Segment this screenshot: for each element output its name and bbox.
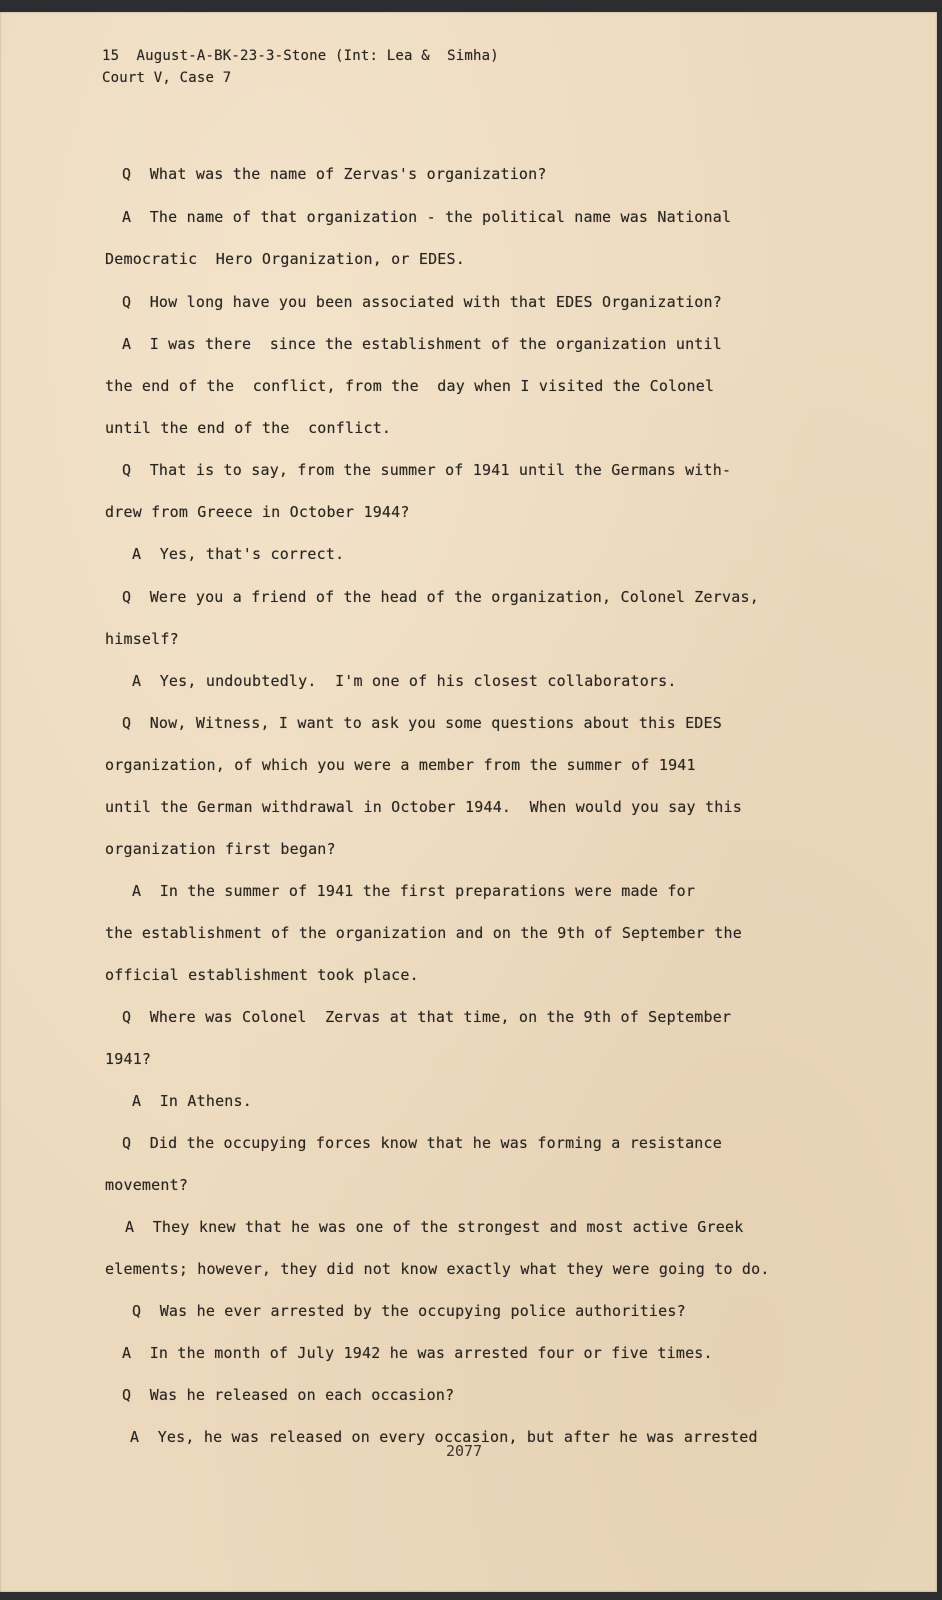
- transcript-line: Q That is to say, from the summer of 194…: [122, 461, 731, 479]
- transcript-line: A The name of that organization - the po…: [122, 208, 731, 226]
- transcript-line: 1941?: [105, 1050, 151, 1068]
- transcript-line: A I was there since the establishment of…: [122, 335, 722, 353]
- transcript-line: organization, of which you were a member…: [105, 756, 696, 774]
- transcript-line: Q Now, Witness, I want to ask you some q…: [122, 714, 722, 732]
- transcript-line: until the end of the conflict.: [105, 419, 391, 437]
- transcript-line: Q Was he released on each occasion?: [122, 1386, 454, 1404]
- transcript-line: A In the summer of 1941 the first prepar…: [132, 882, 695, 900]
- transcript-line: the end of the conflict, from the day wh…: [105, 377, 714, 395]
- transcript-line: official establishment took place.: [105, 966, 419, 984]
- transcript-line: movement?: [105, 1176, 188, 1194]
- transcript-line: A They knew that he was one of the stron…: [125, 1218, 743, 1236]
- transcript-line: A Yes, undoubtedly. I'm one of his close…: [132, 672, 677, 690]
- transcript-line: Q Did the occupying forces know that he …: [122, 1134, 722, 1152]
- transcript-line: Q Was he ever arrested by the occupying …: [132, 1302, 686, 1320]
- transcript-line: elements; however, they did not know exa…: [105, 1260, 770, 1278]
- transcript-line: Q How long have you been associated with…: [122, 293, 722, 311]
- transcript-line: Democratic Hero Organization, or EDES.: [105, 250, 465, 268]
- transcript-line: Q Were you a friend of the head of the o…: [122, 588, 759, 606]
- transcript-line: A In Athens.: [132, 1092, 252, 1110]
- document-page: 15 August-A-BK-23-3-Stone (Int: Lea & Si…: [0, 12, 937, 1592]
- transcript-line: Q Where was Colonel Zervas at that time,…: [122, 1008, 731, 1026]
- page-number: 2077: [446, 1442, 482, 1460]
- transcript-line: A In the month of July 1942 he was arres…: [122, 1344, 713, 1362]
- transcript-line: drew from Greece in October 1944?: [105, 503, 410, 521]
- header-court-case: Court V, Case 7: [102, 70, 231, 86]
- transcript-line: A Yes, that's correct.: [132, 545, 344, 563]
- transcript-line: Q What was the name of Zervas's organiza…: [122, 165, 547, 183]
- header-case-reference: 15 August-A-BK-23-3-Stone (Int: Lea & Si…: [102, 48, 499, 64]
- transcript-line: himself?: [105, 630, 179, 648]
- transcript-line: the establishment of the organization an…: [105, 924, 742, 942]
- transcript-line: organization first began?: [105, 840, 336, 858]
- transcript-line: A Yes, he was released on every occasion…: [130, 1428, 758, 1446]
- transcript-line: until the German withdrawal in October 1…: [105, 798, 742, 816]
